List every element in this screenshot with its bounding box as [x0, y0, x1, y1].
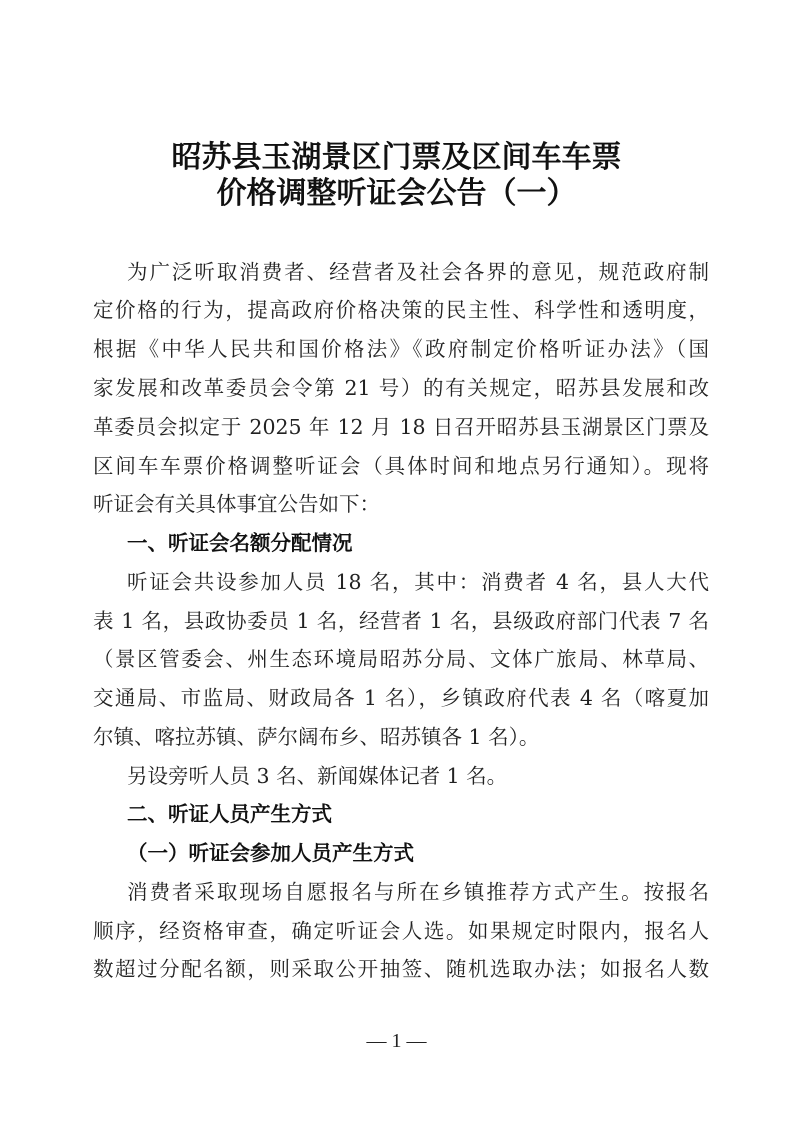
section-2-line: 数超过分配名额，则采取公开抽签、随机选取办法；如报名人数: [93, 950, 709, 988]
page-number: — 1 —: [0, 1026, 793, 1056]
section-2-line: 顺序，经资格审查，确定听证会人选。如果规定时限内，报名人: [93, 912, 709, 950]
section-1-line: 听证会共设参加人员 18 名，其中：消费者 4 名，县人大代: [127, 563, 709, 601]
section-1-line: （景区管委会、州生态环境局昭苏分局、文体广旅局、林草局、: [93, 640, 709, 678]
document-title-line-2: 价格调整听证会公告（一）: [0, 176, 793, 212]
section-1-heading: 一、听证会名额分配情况: [127, 524, 709, 562]
section-2-subheading: （一）听证会参加人员产生方式: [127, 834, 709, 872]
section-2-heading: 二、听证人员产生方式: [127, 795, 709, 833]
intro-line: 听证会有关具体事宜公告如下：: [93, 485, 709, 523]
section-1-line: 交通局、市监局、财政局各 1 名），乡镇政府代表 4 名（喀夏加: [93, 679, 709, 717]
intro-line: 为广泛听取消费者、经营者及社会各界的意见，规范政府制: [127, 253, 709, 291]
intro-line: 革委员会拟定于 2025 年 12 月 18 日召开昭苏县玉湖景区门票及: [93, 408, 709, 446]
intro-line: 根据《中华人民共和国价格法》《政府制定价格听证办法》（国: [93, 330, 709, 368]
intro-line: 定价格的行为，提高政府价格决策的民主性、科学性和透明度，: [93, 291, 709, 329]
intro-line: 区间车车票价格调整听证会（具体时间和地点另行通知）。现将: [93, 447, 709, 485]
section-2-line: 消费者采取现场自愿报名与所在乡镇推荐方式产生。按报名: [127, 873, 709, 911]
section-1-line: 尔镇、喀拉苏镇、萨尔阔布乡、昭苏镇各 1 名）。: [93, 718, 709, 756]
intro-line: 家发展和改革委员会令第 21 号）的有关规定，昭苏县发展和改: [93, 369, 709, 407]
section-1-line: 表 1 名，县政协委员 1 名，经营者 1 名，县级政府部门代表 7 名: [93, 602, 709, 640]
document-title-line-1: 昭苏县玉湖景区门票及区间车车票: [0, 140, 793, 176]
section-1-observers: 另设旁听人员 3 名、新闻媒体记者 1 名。: [127, 757, 709, 795]
